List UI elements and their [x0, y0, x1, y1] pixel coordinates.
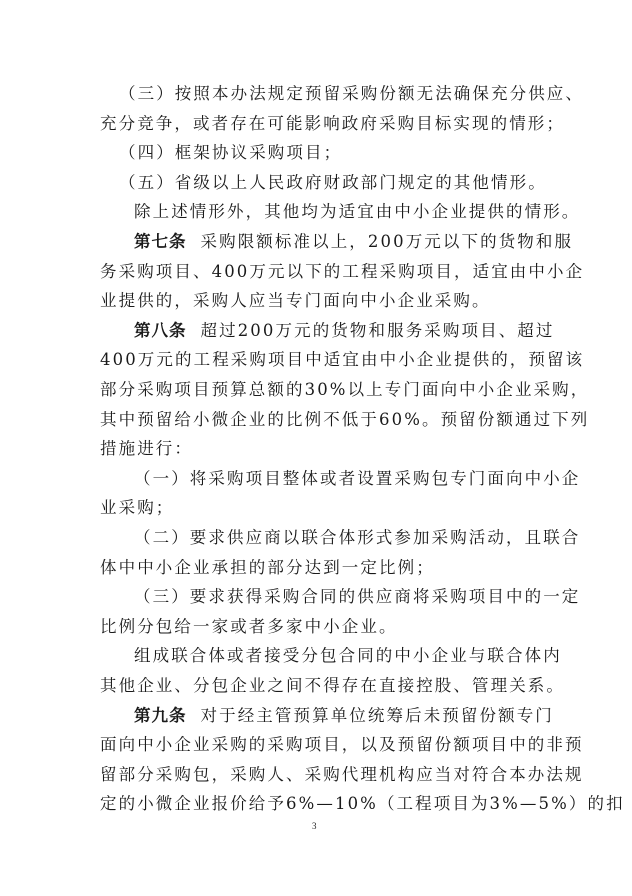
text-line: （三）按照本办法规定预留采购份额无法确保充分供应、: [119, 84, 540, 104]
document-page: （三）按照本办法规定预留采购份额无法确保充分供应、充分竞争，或者存在可能影响政府…: [0, 0, 632, 896]
line-text: 对于经主管预算单位统筹后未预留份额专门: [201, 706, 554, 725]
line-text: 面向中小企业采购的采购项目，以及预留份额项目中的非预: [100, 735, 584, 754]
line-text: 其他企业、分包企业之间不得存在直接控股、管理关系。: [100, 676, 565, 695]
text-line: 其中预留给小微企业的比例不低于60%。预留份额通过下列: [100, 410, 540, 430]
text-line: 务采购项目、400万元以下的工程采购项目，适宜由中小企: [100, 262, 540, 282]
text-line: 部分采购项目预算总额的30%以上专门面向中小企业采购，: [100, 380, 540, 400]
line-text: 业采购；: [100, 498, 174, 517]
article-heading-line: 第七条采购限额标准以上，200万元以下的货物和服: [134, 232, 540, 252]
line-text: 留部分采购包，采购人、采购代理机构应当对符合本办法规: [100, 765, 584, 784]
article-number: 第八条: [134, 321, 187, 340]
line-text: （三）按照本办法规定预留采购份额无法确保充分供应、: [119, 84, 584, 103]
line-text: 除上述情形外，其他均为适宜由中小企业提供的情形。: [134, 202, 580, 221]
line-text: 组成联合体或者接受分包合同的中小企业与联合体内: [134, 646, 562, 665]
line-text: 其中预留给小微企业的比例不低于60%。预留份额通过下列: [100, 410, 589, 429]
line-text: 业提供的，采购人应当专门面向中小企业采购。: [100, 291, 491, 310]
text-line: 400万元的工程采购项目中适宜由中小企业提供的，预留该: [100, 350, 540, 370]
text-line: 充分竞争，或者存在可能影响政府采购目标实现的情形；: [100, 114, 540, 134]
line-text: （三）要求获得采购合同的供应商将采购项目中的一定: [134, 587, 580, 606]
text-line: 体中中小企业承担的部分达到一定比例；: [100, 558, 540, 578]
text-line: （四）框架协议采购项目；: [119, 143, 540, 163]
line-text: 定的小微企业报价给予6%—10%（工程项目为3%—5%）的扣: [100, 794, 625, 813]
text-line: （三）要求获得采购合同的供应商将采购项目中的一定: [134, 587, 540, 607]
text-line: 业提供的，采购人应当专门面向中小企业采购。: [100, 291, 540, 311]
line-text: （二）要求供应商以联合体形式参加采购活动，且联合: [134, 528, 580, 547]
text-line: （五）省级以上人民政府财政部门规定的其他情形。: [119, 173, 540, 193]
line-text: 比例分包给一家或者多家中小企业。: [100, 617, 398, 636]
text-line: 组成联合体或者接受分包合同的中小企业与联合体内: [134, 646, 540, 666]
article-number: 第九条: [134, 706, 187, 725]
text-line: 定的小微企业报价给予6%—10%（工程项目为3%—5%）的扣: [100, 794, 540, 814]
line-text: 采购限额标准以上，200万元以下的货物和服: [201, 232, 574, 251]
line-text: 充分竞争，或者存在可能影响政府采购目标实现的情形；: [100, 114, 565, 133]
text-line: 业采购；: [100, 498, 540, 518]
article-heading-line: 第九条对于经主管预算单位统筹后未预留份额专门: [134, 706, 540, 726]
line-text: 部分采购项目预算总额的30%以上专门面向中小企业采购，: [100, 380, 589, 399]
text-line: （二）要求供应商以联合体形式参加采购活动，且联合: [134, 528, 540, 548]
text-line: 留部分采购包，采购人、采购代理机构应当对符合本办法规: [100, 765, 540, 785]
text-line: 措施进行：: [100, 439, 540, 459]
line-text: （四）框架协议采购项目；: [119, 143, 342, 162]
page-number: 3: [312, 821, 317, 831]
article-number: 第七条: [134, 232, 187, 251]
line-text: （五）省级以上人民政府财政部门规定的其他情形。: [119, 173, 547, 192]
text-line: 面向中小企业采购的采购项目，以及预留份额项目中的非预: [100, 735, 540, 755]
line-text: 400万元的工程采购项目中适宜由中小企业提供的，预留该: [100, 350, 584, 369]
article-heading-line: 第八条超过200万元的货物和服务采购项目、超过: [134, 321, 540, 341]
text-line: 其他企业、分包企业之间不得存在直接控股、管理关系。: [100, 676, 540, 696]
text-line: 比例分包给一家或者多家中小企业。: [100, 617, 540, 637]
line-text: 体中中小企业承担的部分达到一定比例；: [100, 558, 435, 577]
line-text: 措施进行：: [100, 439, 193, 458]
text-line: 除上述情形外，其他均为适宜由中小企业提供的情形。: [134, 202, 540, 222]
line-text: （一）将采购项目整体或者设置采购包专门面向中小企: [134, 469, 580, 488]
text-line: （一）将采购项目整体或者设置采购包专门面向中小企: [134, 469, 540, 489]
line-text: 超过200万元的货物和服务采购项目、超过: [201, 321, 555, 340]
line-text: 务采购项目、400万元以下的工程采购项目，适宜由中小企: [100, 262, 584, 281]
